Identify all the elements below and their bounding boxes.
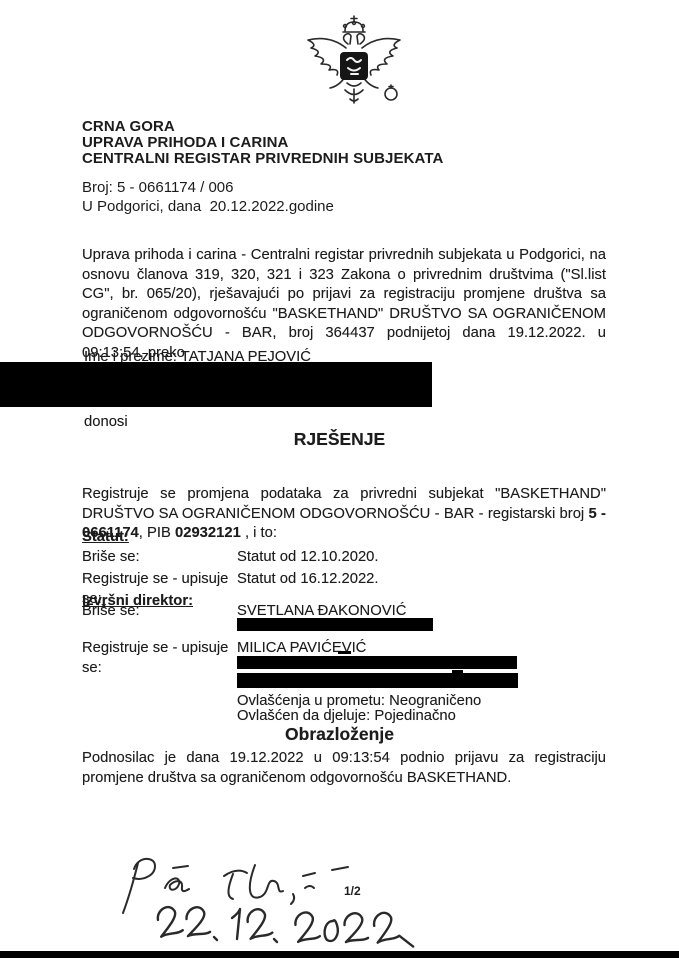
redaction-bar-2 <box>237 656 517 669</box>
scanned-document-page: CRNA GORA UPRAVA PRIHODA I CARINA CENTRA… <box>0 0 679 960</box>
letterhead-country: CRNA GORA <box>82 119 443 135</box>
obrazlozenje-title: Obrazloženje <box>0 724 679 745</box>
redaction-bar-1 <box>237 618 433 631</box>
document-number: Broj: 5 - 0661174 / 006 <box>82 178 334 197</box>
pib-number: 02932121 <box>175 525 241 541</box>
scan-mark-1 <box>338 651 351 654</box>
statut-heading: Statut: <box>82 528 129 548</box>
redaction-block-large <box>0 362 432 407</box>
direktor-brise-label: Briše se: <box>82 602 237 622</box>
intro-paragraph: Uprava prihoda i carina - Centralni regi… <box>82 246 606 363</box>
place-and-date: U Podgorici, dana 20.12.2022.godine <box>82 197 334 216</box>
redaction-bar-3 <box>237 673 518 688</box>
reference-block: Broj: 5 - 0661174 / 006 U Podgorici, dan… <box>82 178 334 216</box>
letterhead-agency: UPRAVA PRIHODA I CARINA <box>82 135 443 151</box>
page-indicator: 1/2 <box>344 884 361 898</box>
decision-paragraph: Registruje se promjena podataka za privr… <box>82 485 606 544</box>
decision-text-part1: Registruje se promjena podataka za privr… <box>82 486 606 522</box>
decision-title: RJEŠENJE <box>0 429 679 450</box>
letterhead: CRNA GORA UPRAVA PRIHODA I CARINA CENTRA… <box>82 119 443 167</box>
decision-text-part3: , i to: <box>241 525 277 541</box>
statut-brise-value: Statut od 12.10.2020. <box>237 548 379 568</box>
scan-artifact-bottom-bar <box>0 951 679 958</box>
direktor-registruje-label: Registruje se - upisuje se: <box>82 639 237 678</box>
coat-of-arms-montenegro-icon <box>298 13 410 115</box>
statut-row-brise: Briše se: Statut od 12.10.2020. <box>82 548 542 568</box>
obrazlozenje-paragraph: Podnosilac je dana 19.12.2022 u 09:13:54… <box>82 749 606 788</box>
decision-text-part2: , PIB <box>139 525 175 541</box>
letterhead-registry: CENTRALNI REGISTAR PRIVREDNIH SUBJEKATA <box>82 151 443 167</box>
statut-brise-label: Briše se: <box>82 548 237 568</box>
